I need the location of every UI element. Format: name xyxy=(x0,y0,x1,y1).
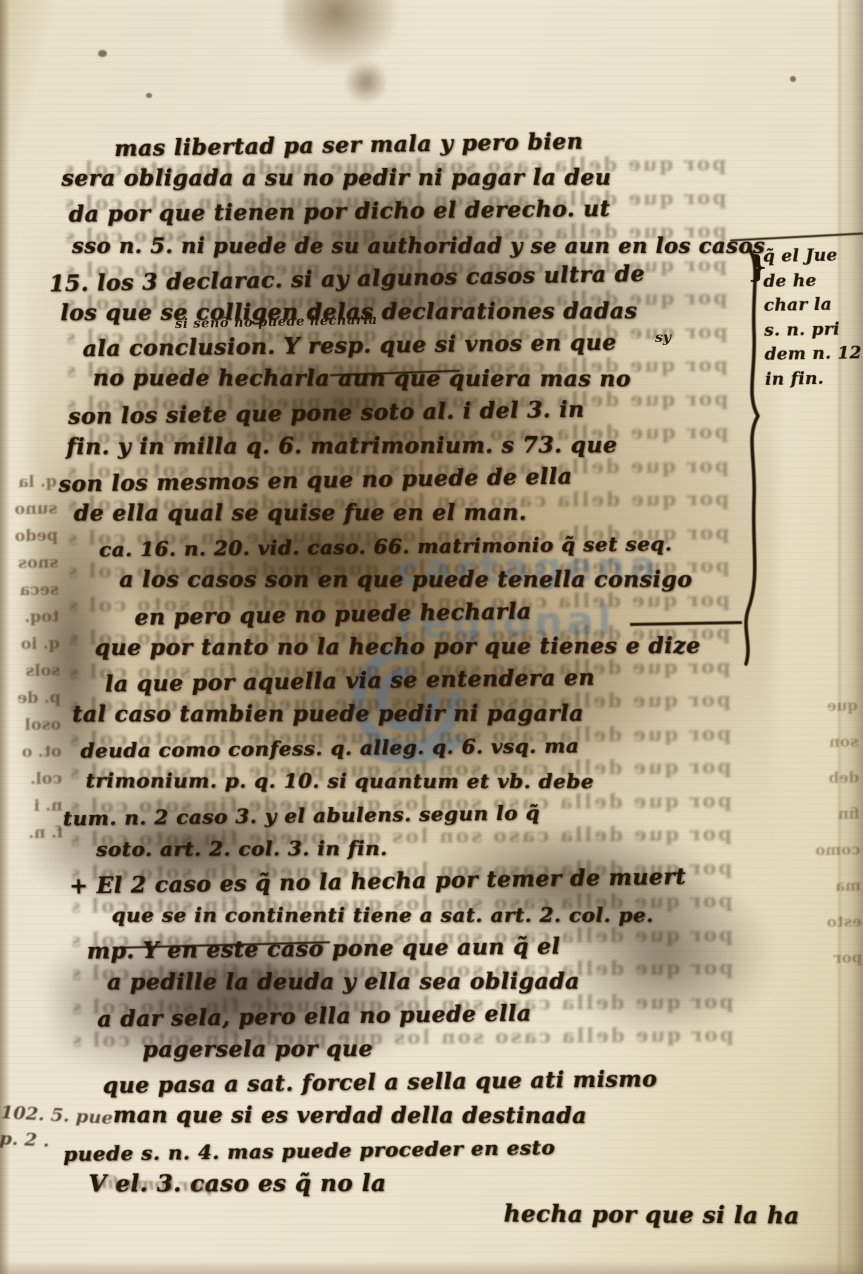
bleed-through-bottom-mirror: par toma fin xyxy=(95,1173,212,1197)
margin-brace xyxy=(726,248,768,668)
manuscript-line: son los siete que pone soto al. i del 3.… xyxy=(68,391,778,434)
bleed-text-row: seca xyxy=(0,575,59,603)
bleed-text-row: deb xyxy=(797,759,860,796)
bleed-text-row: esto xyxy=(799,903,862,940)
ink-dot xyxy=(146,93,152,98)
manuscript-line: que se in continenti tiene a sat. art. 2… xyxy=(112,898,782,932)
bleed-through-bottom-left: 102. 5. puep. 2 . xyxy=(0,1100,114,1158)
manuscript-line: que pasa a sat. forcel a sella que ati m… xyxy=(103,1062,783,1104)
margin-note-line: de he xyxy=(763,268,863,294)
margin-note-line: s. n. pri xyxy=(764,317,863,343)
manuscript-line: trimonium. p. q. 10. si quantum et vb. d… xyxy=(86,764,781,799)
margin-note-line: q̃ el Jue xyxy=(763,243,863,269)
bleed-text-row: como xyxy=(798,831,861,868)
top-stain-lobe xyxy=(345,58,387,106)
manuscript-page: cartagena regional por que della caso so… xyxy=(0,0,863,1274)
manuscript-line: no puede hecharla aun que quiera mas no xyxy=(93,362,778,397)
bleed-text-row: toq. xyxy=(0,602,60,630)
bleed-text-row: n. i xyxy=(2,791,62,819)
manuscript-line: mp. Y en este caso pone que aun q̃ el xyxy=(87,928,782,969)
bleed-text-row: sols xyxy=(0,656,60,684)
manuscript-line: la que por aquella via se entendera en xyxy=(105,659,780,702)
ink-dot xyxy=(98,50,107,57)
manuscript-line: man que si es verdad della destinada xyxy=(113,1099,783,1134)
manuscript-line: los que se colligen delas declarationes … xyxy=(60,294,777,330)
bleed-text-row: osol xyxy=(1,710,61,738)
bleed-text-row: suno xyxy=(0,495,58,523)
manuscript-line: deuda como confess. q. alleg. q. 6. vsq.… xyxy=(80,727,780,768)
bleed-through-left: q. lasunopedosnossecatoq.q. iosolsp. deo… xyxy=(0,468,63,847)
manuscript-line: a los casos son en que puede tenella con… xyxy=(119,563,779,597)
manuscript-line: sera obligada a su no pedir ni pagar la … xyxy=(61,161,776,196)
manuscript-line: da por que tienen por dicho el derecho. … xyxy=(69,191,777,232)
bleed-text-row: fin xyxy=(797,795,860,832)
bleed-through-right: quesondebfincomomaestopor xyxy=(795,687,862,976)
manuscript-line: pagersela por que xyxy=(143,1031,783,1067)
margin-note: q̃ el Juede hechar las. n. pridem n. 12i… xyxy=(763,243,863,392)
bleed-text-row: por xyxy=(800,939,863,976)
margin-note-line: char la xyxy=(764,292,863,318)
interlinear-abbrev: sy xyxy=(655,330,671,346)
manuscript-line: mas libertad pa ser mala y pero bien xyxy=(114,123,776,167)
bleed-text-row: f. n. xyxy=(3,818,63,846)
margin-note-line: dem n. 12 xyxy=(764,341,863,367)
bleed-text-row: q. la xyxy=(0,468,57,496)
paper-crease xyxy=(838,0,841,1274)
bleed-text-row: q. io xyxy=(0,629,60,657)
bleed-text-row: col. xyxy=(2,764,62,792)
bleed-text-row: son xyxy=(796,723,859,760)
manuscript-line: tal caso tambien puede pedir ni pagarla xyxy=(72,697,780,732)
bleed-text-row: snos xyxy=(0,548,59,576)
bleed-text-row: pedo xyxy=(0,521,58,549)
manuscript-line: hecha por que si la ha xyxy=(504,1197,784,1232)
ink-dot xyxy=(790,76,796,82)
manuscript-line: puede s. n. 4. mas puede proceder en est… xyxy=(63,1128,783,1172)
manuscript-line: tum. n. 2 caso 3. y el abulens. segun lo… xyxy=(63,794,781,836)
manuscript-line: ca. 16. n. 20. vid. caso. 66. matrimonio… xyxy=(99,526,779,567)
manuscript-line: de ella qual se quise fue en el man. xyxy=(74,496,779,531)
bleed-text-row: ma xyxy=(799,867,862,904)
bleed-text-row: ot. o xyxy=(1,737,61,765)
bleed-text-row: p. de xyxy=(0,683,60,711)
top-stain xyxy=(283,0,401,70)
bleed-text-row: que xyxy=(795,687,858,724)
page-edge-bottom xyxy=(0,1260,863,1274)
manuscript-text: mas libertad pa ser mala y pero biensera… xyxy=(56,126,784,1236)
manuscript-line: a pedille la deuda y ella sea obligada xyxy=(107,965,782,1000)
manuscript-line: a dar sela, pero ella no puede ella xyxy=(97,994,782,1037)
margin-note-line: in fin. xyxy=(765,366,863,392)
manuscript-line: en pero que no puede hecharla xyxy=(134,592,779,636)
